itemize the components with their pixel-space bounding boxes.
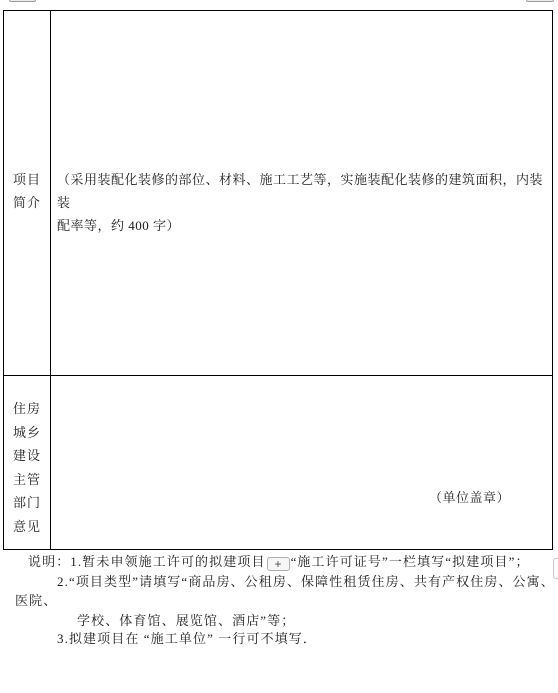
note-line-4: 学校、体育馆、展览馆、酒店”等； — [77, 613, 295, 628]
row1-label-project-intro: 项目 简介 — [4, 168, 50, 214]
note-line-5: 3.拟建项目在 “施工单位” 一行可不填写． — [57, 631, 317, 646]
row2-label-authority-opinion: 住房 城乡 建设 主管 部门 意见 — [4, 397, 50, 538]
row2-label-line1: 住房 — [4, 397, 50, 421]
note-line-1: 说明：1.暂未申领施工许可的拟建项目+“施工许可证号”一栏填写“拟建项目”； — [28, 554, 530, 571]
table-column-divider — [50, 11, 51, 549]
note-line-1-after: “施工许可证号”一栏填写“拟建项目”； — [291, 554, 530, 569]
project-form-table: 项目 简介 （采用装配化装修的部位、材料、施工工艺等，实施装配化装修的建筑面积，… — [3, 10, 553, 550]
row1-label-line1: 项目 — [4, 168, 50, 191]
row2-label-line5: 部门 — [4, 491, 50, 515]
note-line-1-before: 说明：1.暂未申领施工许可的拟建项目 — [28, 554, 266, 569]
row1-content-cell: （采用装配化装修的部位、材料、施工工艺等，实施装配化装修的建筑面积，内装装 配率… — [57, 168, 547, 237]
row1-label-line2: 简介 — [4, 191, 50, 214]
row2-label-line2: 城乡 — [4, 421, 50, 445]
cutoff-element-top-left — [9, 0, 36, 2]
project-intro-hint-line2: 配率等，约 400 字） — [57, 214, 547, 237]
note-line-2: 2.“项目类型”请填写“商品房、公租房、保障性租赁住房、共有产权住房、公寓、 — [57, 574, 555, 589]
row2-label-line4: 主管 — [4, 468, 50, 492]
cutoff-element-top-right — [526, 0, 554, 2]
form-document-page: 项目 简介 （采用装配化装修的部位、材料、施工工艺等，实施装配化装修的建筑面积，… — [0, 0, 558, 693]
row2-label-line3: 建设 — [4, 444, 50, 468]
insert-plus-button[interactable]: + — [267, 557, 290, 571]
row2-label-line6: 意见 — [4, 515, 50, 539]
unit-seal-hint: （单位盖章） — [429, 491, 510, 505]
table-row-divider — [4, 375, 552, 376]
project-intro-hint-line1: （采用装配化装修的部位、材料、施工工艺等，实施装配化装修的建筑面积，内装装 — [57, 168, 547, 214]
note-line-3: 医院、 — [15, 593, 57, 608]
